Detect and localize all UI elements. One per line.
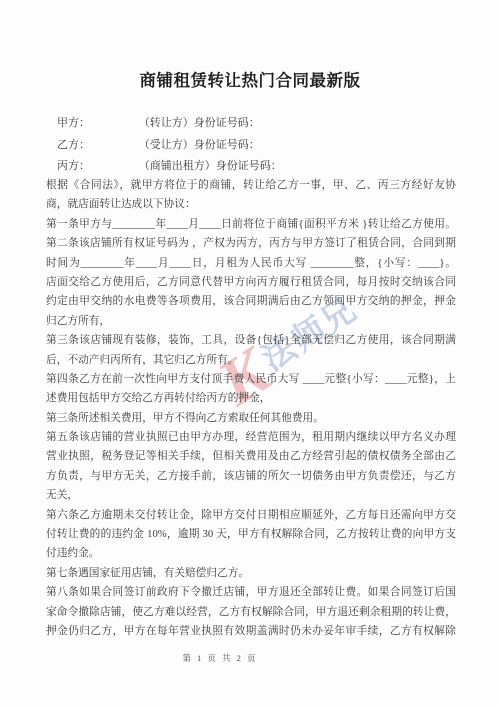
body-line: 第一条甲方与________年____月____日前将位于商铺{面积平方米 }转… (46, 215, 456, 234)
party-label: 乙方： (57, 135, 136, 157)
body-line: 商，就店面转让达成以下协议： (46, 195, 456, 214)
body-line: 约定由甲交纳的水电费等各项费用，该合同期满后由乙方领回甲方交纳的押金，押金 (46, 292, 456, 311)
body-line: 第八条如果合同签订前政府下令撤迁店铺，甲方退还全部转让费。如果合同签订后国 (46, 583, 456, 602)
body-line: 述费用包括甲方交给乙方再转付给丙方的押金， (46, 389, 456, 408)
party-label: 甲方： (57, 113, 136, 135)
body-line: 付违约金。 (46, 544, 456, 563)
body-line: 第二条该店铺所有权证号码为 ，产权为丙方，丙方与甲方签订了租赁合同，合同到期 (46, 234, 456, 253)
party-row-jiafang: 甲方： （转让方）身份证号码： (57, 113, 282, 135)
body-line: 方负责，与甲方无关，乙方接手前，该店铺的所欠一切债务由甲方负责偿还，与乙方 (46, 467, 456, 486)
party-detail: （受让方）身份证号码： (139, 135, 260, 157)
page-number: 第 1 页 共 2 页 (0, 652, 500, 664)
body-line: 第七条遇国家征用店铺，有关赔偿归乙方。 (46, 564, 456, 583)
body-line: 第六条乙方逾期未交付转让金，除甲方交付日期相应顺延外，乙方每日还需向甲方交 (46, 506, 456, 525)
body-line: 第三条所述相关费用，甲方不得向乙方索取任何其他费用。 (46, 409, 456, 428)
contract-document-page: K 法师兄 商铺租赁转让热门合同最新版 甲方： （转让方）身份证号码： 乙方： … (0, 0, 500, 706)
party-row-yifang: 乙方： （受让方）身份证号码： (57, 135, 282, 157)
body-line: 根据《合同法》，就甲方将位于的商铺，转让给乙方一事，甲、乙、丙三方经好友协 (46, 176, 456, 195)
body-line: 时间为________年____月____日，月租为人民币大写 ________… (46, 254, 456, 273)
body-line: 第四条乙方在前一次性向甲方支付顶手费人民币大写 ____元整{小写：____元整… (46, 370, 456, 389)
party-detail: （商铺出租方）身份证号码： (139, 156, 282, 178)
body-line: 付转让费的的违约金 10%，逾期 30 天，甲方有权解除合同，乙方按转让费的向甲… (46, 525, 456, 544)
body-line: 第五条该店铺的营业执照已由甲方办理，经营范围为，租用期内继续以甲方名义办理 (46, 428, 456, 447)
document-title: 商铺租赁转让热门合同最新版 (0, 67, 500, 91)
body-line: 家命令撤除店铺，使乙方难以经营，乙方有权解除合同，甲方退还剩余租期的转让费， (46, 603, 456, 622)
party-row-bingfang: 丙方： （商铺出租方）身份证号码： (57, 156, 282, 178)
party-detail: （转让方）身份证号码： (139, 113, 260, 135)
contract-body: 根据《合同法》，就甲方将位于的商铺，转让给乙方一事，甲、乙、丙三方经好友协 商，… (46, 176, 456, 641)
body-line: 店面交给乙方使用后，乙方同意代替甲方向丙方履行租赁合同，每月按时交纳该合同 (46, 273, 456, 292)
body-line: 押金仍归乙方，甲方在每年营业执照有效期盖满时仍未办妥年审手续，乙方有权解除 (46, 622, 456, 641)
party-label: 丙方： (57, 156, 136, 178)
body-line: 营业执照，税务登记等相关手续，但相关费用及由乙方经营引起的债权债务全部由乙 (46, 447, 456, 466)
body-line: 后，不动产归丙所有，其它归乙方所有。 (46, 351, 456, 370)
parties-block: 甲方： （转让方）身份证号码： 乙方： （受让方）身份证号码： 丙方： （商铺出… (57, 113, 282, 178)
body-line: 第三条该店铺现有装修，装饰，工具，设备{包括}全部无偿归乙方使用，该合同期满 (46, 331, 456, 350)
body-line: 无关， (46, 486, 456, 505)
body-line: 归乙方所有， (46, 312, 456, 331)
